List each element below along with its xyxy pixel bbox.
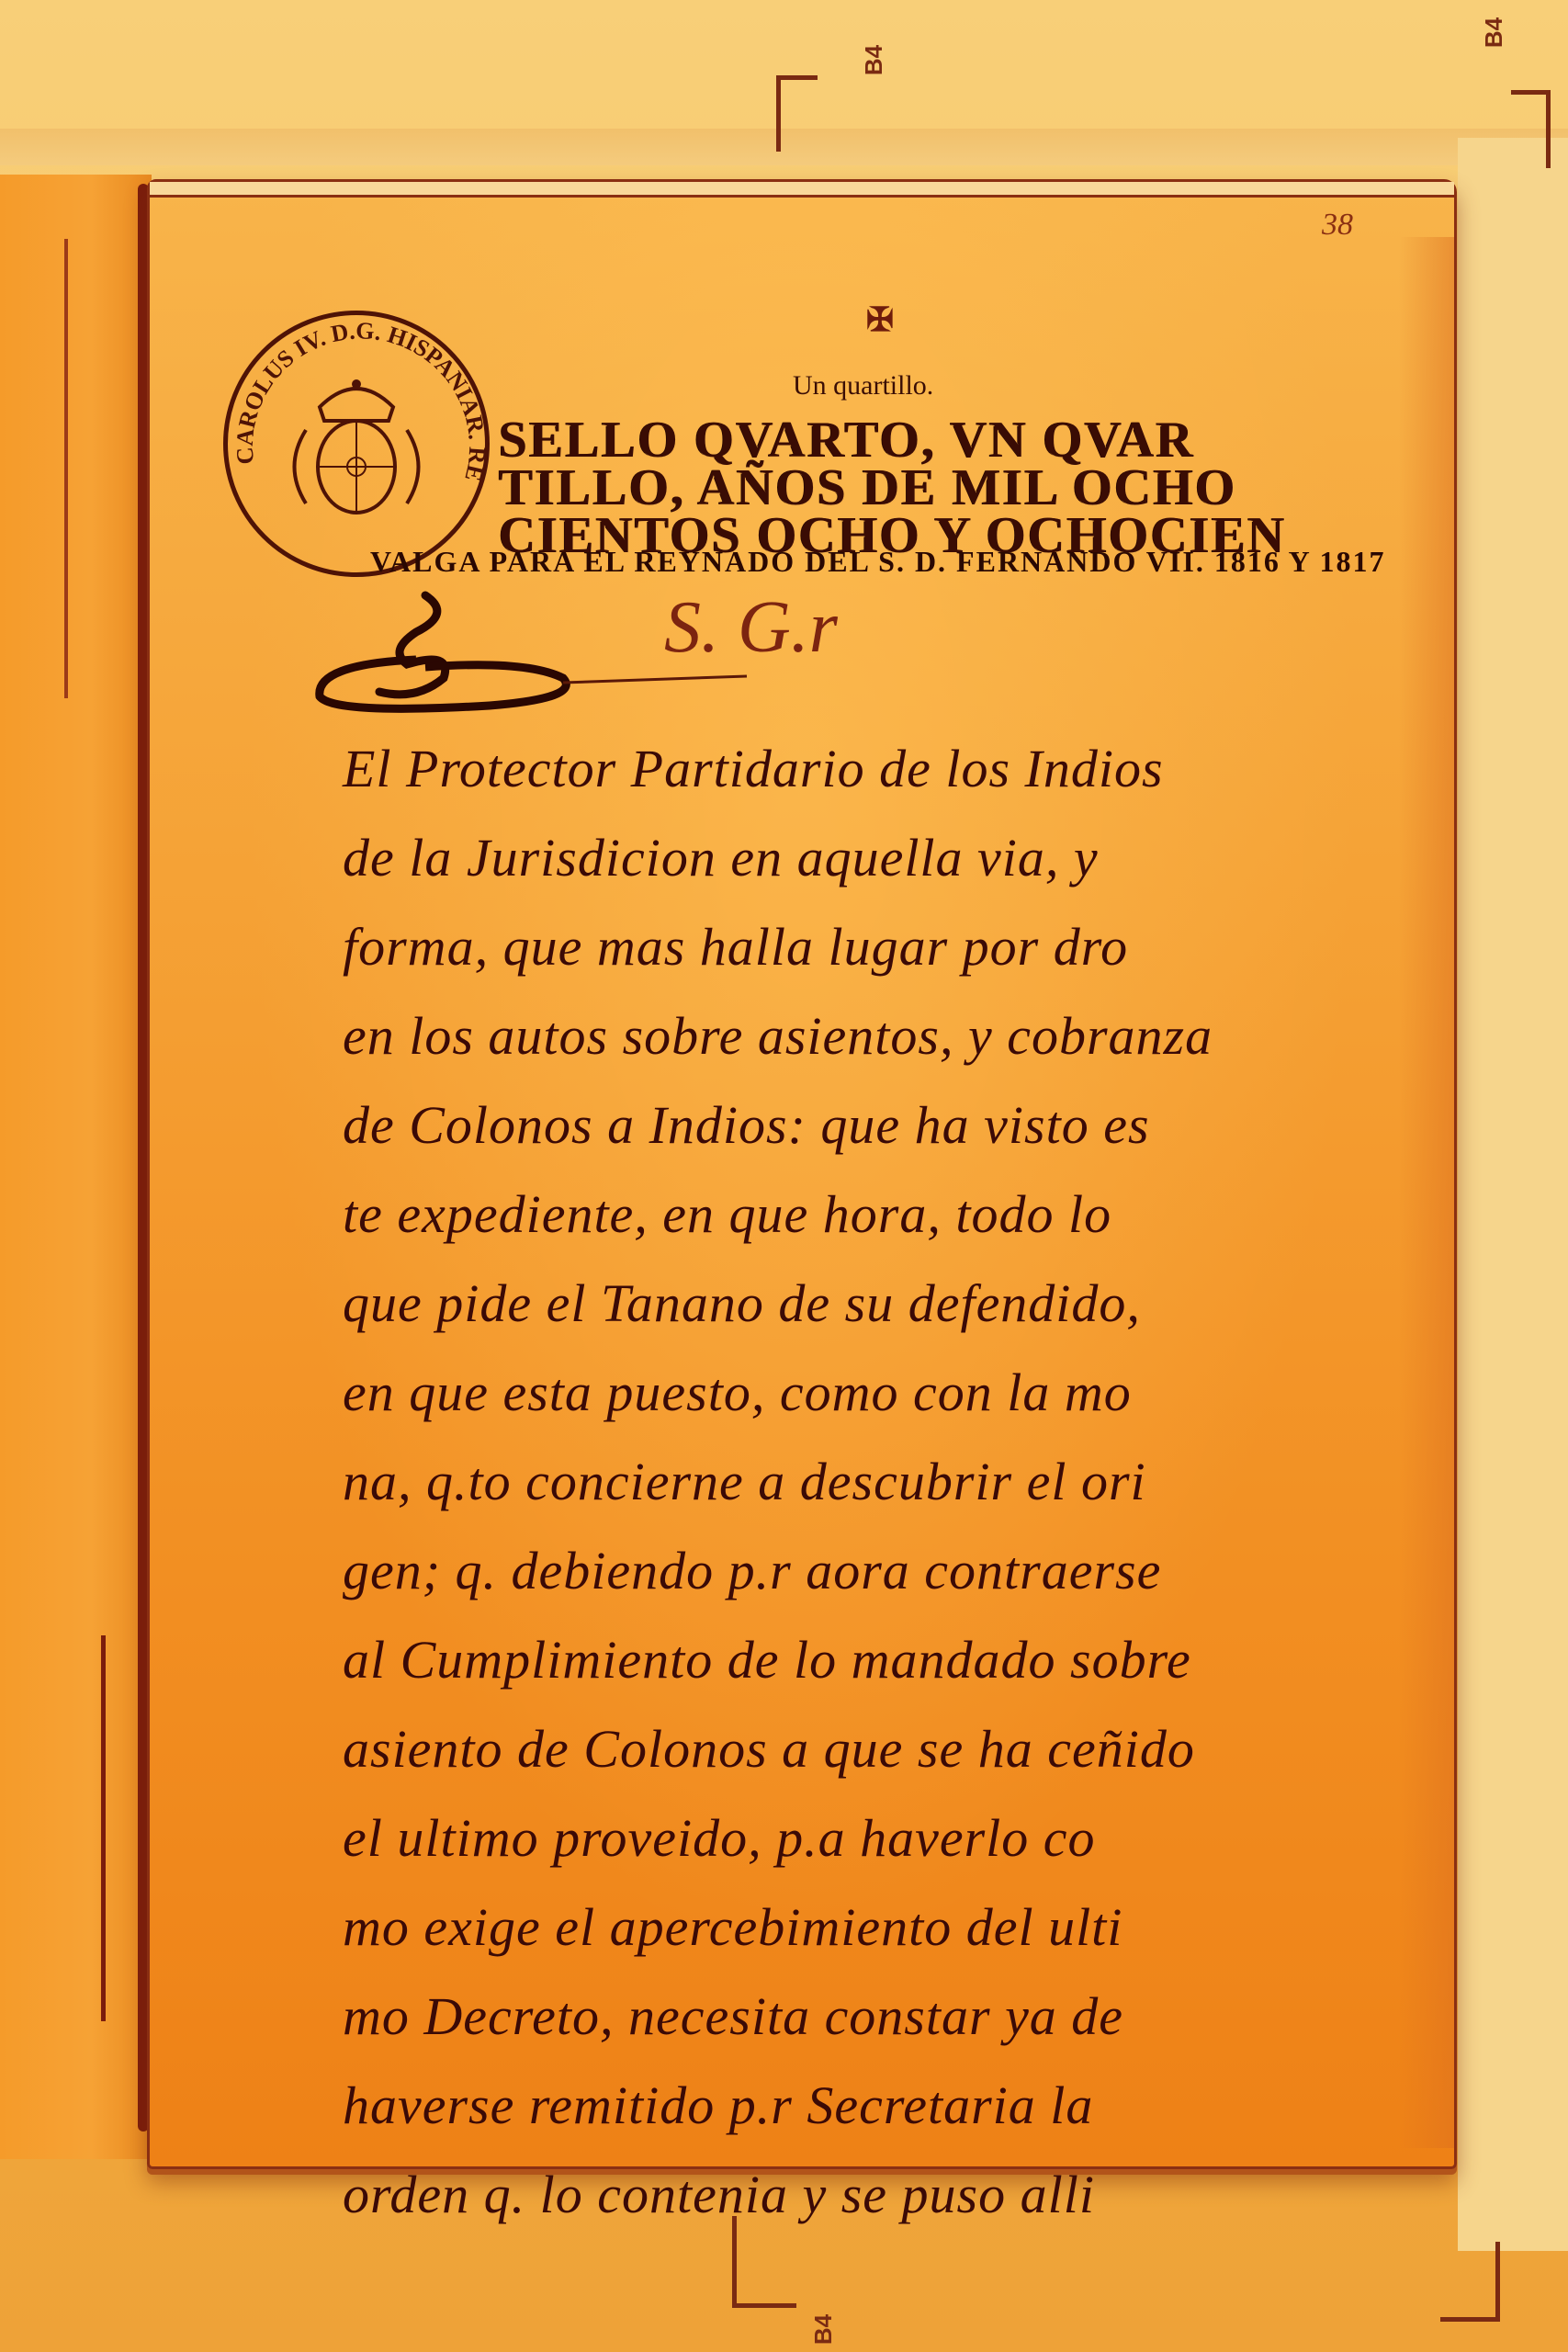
manuscript-line: de Colonos a Indios: que ha visto es <box>343 1080 1445 1170</box>
crop-mark-bottom-right <box>1440 2242 1500 2322</box>
manuscript-line: te expediente, en que hora, todo lo <box>343 1170 1445 1259</box>
binding-thread <box>64 239 68 698</box>
crop-mark-top-right <box>1511 90 1551 168</box>
binding-thread <box>101 1635 106 2021</box>
manuscript-line: gen; q. debiendo p.r aora contraerse <box>343 1526 1445 1615</box>
manuscript-line: de la Jurisdicion en aquella via, y <box>343 813 1445 902</box>
folio-top-edge <box>150 182 1454 198</box>
backdrop-right-panel <box>1458 138 1568 2251</box>
manuscript-line: en que esta puesto, como con la mo <box>343 1348 1445 1437</box>
manuscript-line: asiento de Colonos a que se ha ceñido <box>343 1704 1445 1793</box>
manuscript-line: mo exige el apercebimiento del ulti <box>343 1883 1445 1972</box>
manuscript-folio: 38 ✠ Un quartillo. CAROLUS IV. D.G. HISP… <box>147 179 1457 2169</box>
royal-seal: CAROLUS IV. D.G. HISPANIAR. REX <box>223 311 490 577</box>
manuscript-line: mo Decreto, necesita constar ya de <box>343 1972 1445 2061</box>
manuscript-line: en los autos sobre asientos, y cobranza <box>343 991 1445 1080</box>
manuscript-line: que pide el Tanano de su defendido, <box>343 1259 1445 1348</box>
manuscript-line: na, q.to concierne a descubrir el ori <box>343 1437 1445 1526</box>
crop-label-bottom-center: B4 <box>809 2314 838 2345</box>
crop-label-top-center: B4 <box>860 45 888 75</box>
valga-line: VALGA PARA EL REYNADO DEL S. D. FERNANDO… <box>370 545 1386 579</box>
crop-label-top-right: B4 <box>1480 17 1508 48</box>
cross-ornament-icon: ✠ <box>862 301 898 338</box>
left-facing-page <box>0 175 152 2159</box>
stamp-line: TILLO, AÑOS DE MIL OCHO <box>499 464 1399 512</box>
manuscript-body: El Protector Partidario de los Indios de… <box>343 724 1445 2239</box>
manuscript-line: El Protector Partidario de los Indios <box>343 724 1445 813</box>
manuscript-line: haverse remitido p.r Secretaria la <box>343 2061 1445 2150</box>
sello-quarto-stamp: SELLO QVARTO, VN QVAR TILLO, AÑOS DE MIL… <box>499 416 1399 560</box>
annotation-initials: S. G.r <box>664 586 838 670</box>
folio-number: 38 <box>1322 208 1353 243</box>
manuscript-line: el ultimo proveido, p.a haverlo co <box>343 1793 1445 1883</box>
stamp-line: SELLO QVARTO, VN QVAR <box>499 416 1399 464</box>
stamp-value: Un quartillo. <box>793 370 933 401</box>
manuscript-line: forma, que mas halla lugar por dro <box>343 902 1445 991</box>
manuscript-line: al Cumplimiento de lo mandado sobre <box>343 1615 1445 1704</box>
crop-mark-top-center <box>776 75 818 152</box>
crowned-royal-coat-of-arms-icon <box>278 366 434 522</box>
manuscript-line: orden q. lo contenia y se puso alli <box>343 2150 1445 2239</box>
